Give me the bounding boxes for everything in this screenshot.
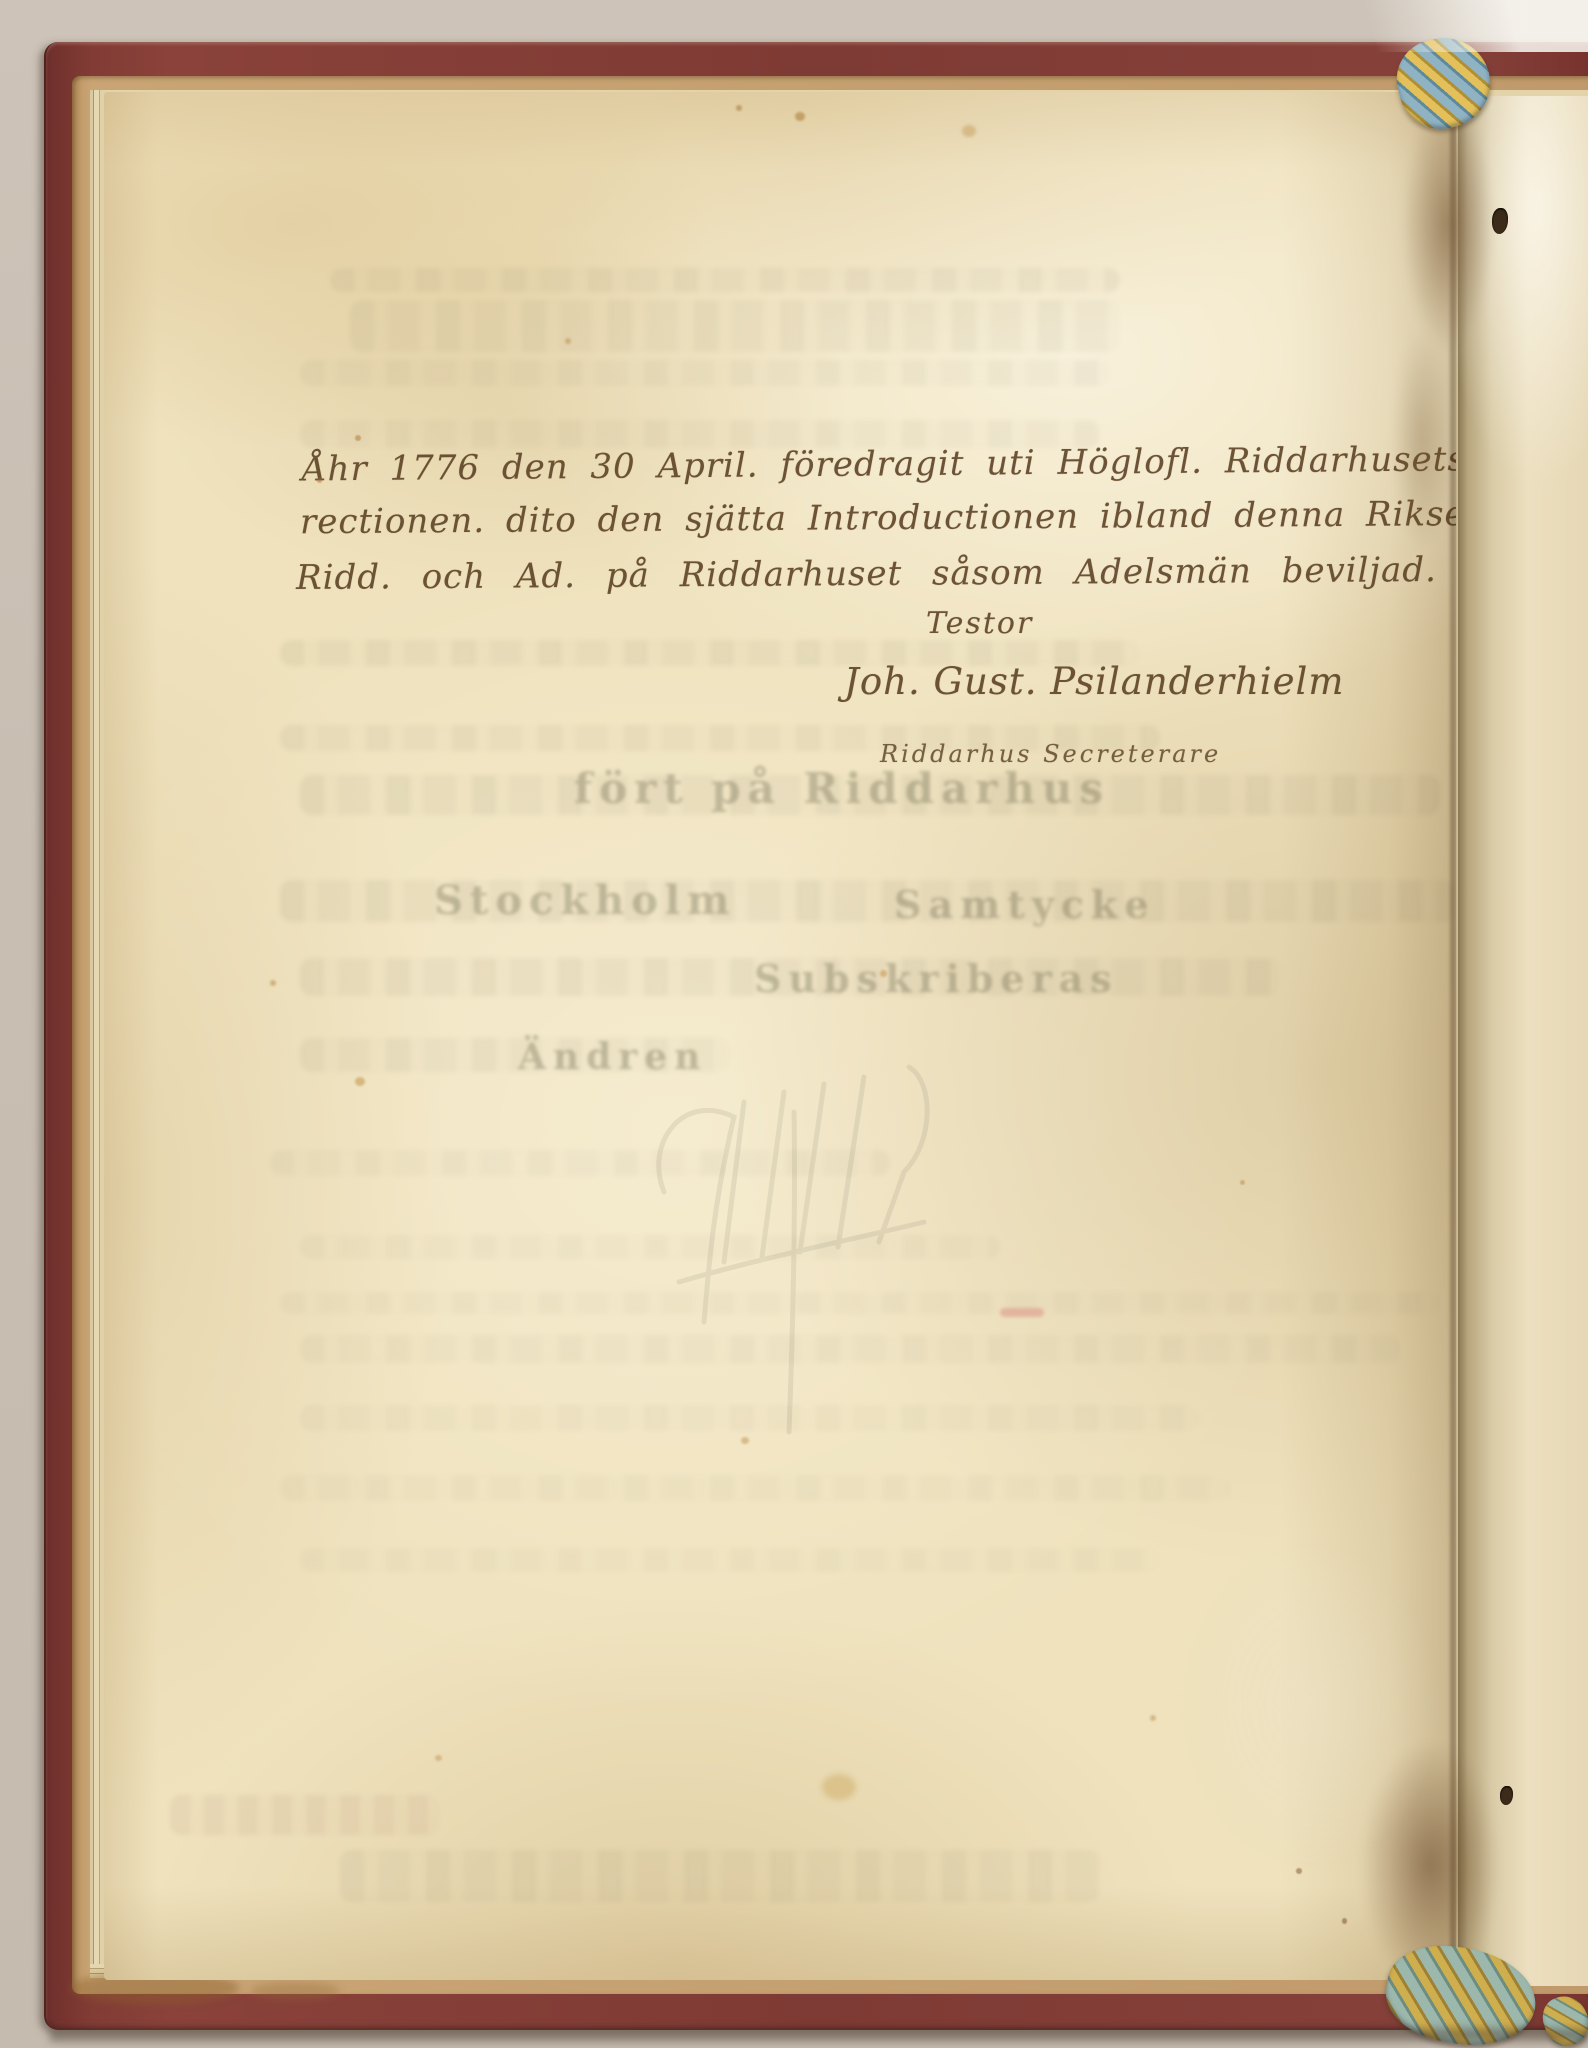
scanner-light-sheen [1280, 0, 1588, 52]
facing-page-curl [1458, 96, 1588, 1986]
gutter-crease [1448, 92, 1458, 1980]
handwritten-entry-line-3: Ridd. och Ad. på Riddarhuset såsom Adels… [296, 550, 1437, 598]
bleedthrough-text: Samtycke [894, 882, 1156, 927]
secretary-title: Riddarhus Secreterare [880, 740, 1221, 768]
foxing-spot [880, 970, 887, 977]
foxing-spot [1150, 1715, 1156, 1721]
bleedthrough-line [280, 1475, 1230, 1501]
attestation-word: Testor [926, 606, 1033, 641]
stain-bottom-edge-2 [250, 1982, 340, 2000]
foxing-spot [355, 435, 361, 441]
foxing-spot [736, 105, 742, 111]
bleedthrough-scribble-left [170, 1795, 440, 1835]
gutter-smudge-mid [1392, 330, 1452, 550]
foxing-spot [317, 478, 322, 483]
page-bottom-stain [1180, 1540, 1440, 1870]
foxing-spot [741, 1437, 749, 1444]
bleedthrough-text: fört på Riddarhus [574, 764, 1110, 813]
bleedthrough-line [340, 1850, 1100, 1902]
speck [1342, 1918, 1347, 1924]
gutter-smudge-top [1402, 100, 1494, 350]
foxing-spot [962, 125, 976, 137]
bleedthrough-line [300, 360, 1110, 386]
bleedthrough-line [350, 300, 1120, 352]
foxing-spot [355, 1077, 365, 1086]
secretary-signature: Joh. Gust. Psilanderhielm [844, 660, 1344, 703]
scanned-book-page: { "document": { "kind": "handwritten man… [0, 0, 1588, 2048]
book-drop-shadow [50, 2028, 1588, 2042]
red-mark [1000, 1308, 1044, 1317]
bleedthrough-text: Stockholm [434, 877, 736, 924]
foxing-blotch [822, 1774, 856, 1800]
bleedthrough-line [300, 1548, 1160, 1572]
handwritten-entry-line-2: rectionen. dito den sjätta Introductione… [300, 494, 1456, 542]
foxing-spot [435, 1755, 442, 1761]
foxing-spot [270, 980, 276, 986]
foxing-spot [565, 338, 571, 344]
bleedthrough-line [330, 268, 1120, 292]
foxing-spot [1240, 1180, 1245, 1185]
bleedthrough-text: Subskriberas [754, 956, 1119, 1001]
bleedthrough-signature-flourish [624, 1022, 944, 1442]
foxing-spot [795, 112, 805, 121]
